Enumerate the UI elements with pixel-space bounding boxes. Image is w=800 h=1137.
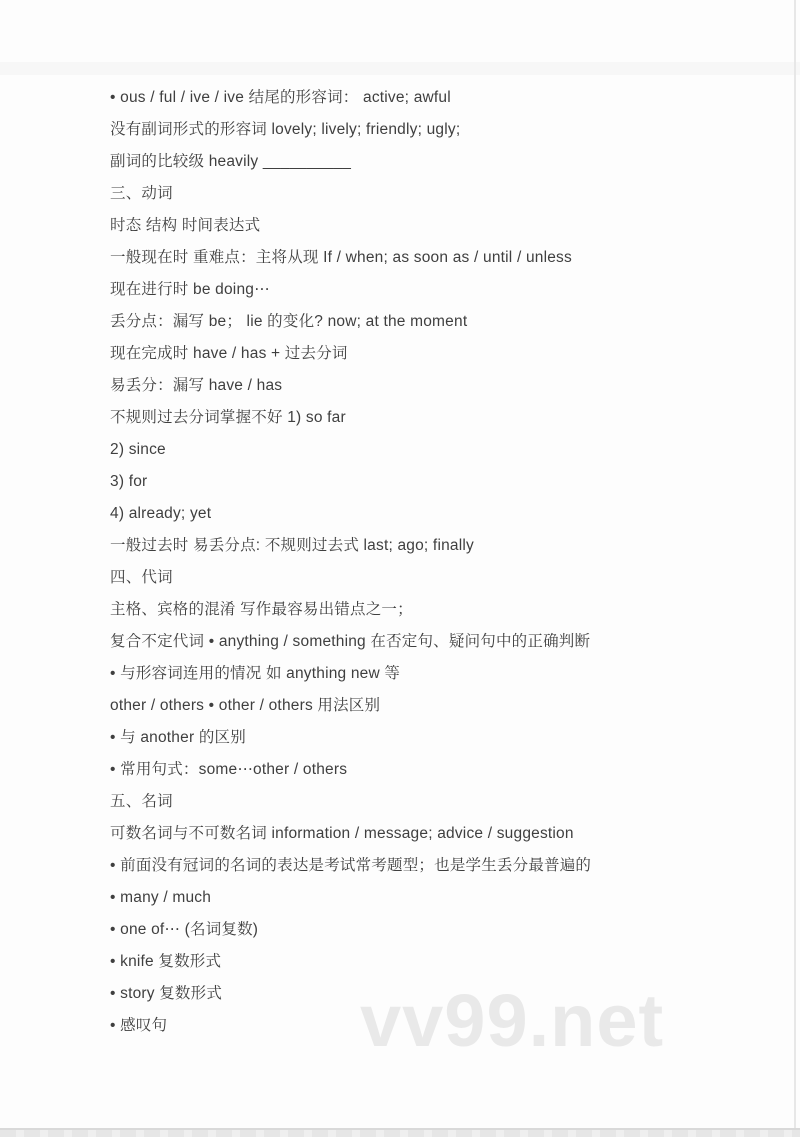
text-line: 2) since	[110, 434, 740, 466]
text-line: • 与 another 的区别	[110, 722, 740, 754]
text-line: 一般现在时 重难点：主将从现 If / when; as soon as / u…	[110, 242, 740, 274]
text-line: 丢分点：漏写 be； lie 的变化? now; at the moment	[110, 306, 740, 338]
page-bottom-divider	[0, 1128, 800, 1137]
text-line: 副词的比较级 heavily __________	[110, 146, 740, 178]
text-line: • one of⋯ (名词复数)	[110, 914, 740, 946]
text-line: 3) for	[110, 466, 740, 498]
text-line: 可数名词与不可数名词 information / message; advice…	[110, 818, 740, 850]
text-line: • story 复数形式	[110, 978, 740, 1010]
text-line: 不规则过去分词掌握不好 1) so far	[110, 402, 740, 434]
text-line: 4) already; yet	[110, 498, 740, 530]
text-line: 时态 结构 时间表达式	[110, 210, 740, 242]
section-heading: 三、动词	[110, 178, 740, 210]
text-line: • ous / ful / ive / ive 结尾的形容词： active; …	[110, 82, 740, 114]
text-line: 主格、宾格的混淆 写作最容易出错点之一；	[110, 594, 740, 626]
section-heading: 五、名词	[110, 786, 740, 818]
text-line: 没有副词形式的形容词 lovely; lively; friendly; ugl…	[110, 114, 740, 146]
text-line: • many / much	[110, 882, 740, 914]
page-top-shade	[0, 62, 800, 75]
text-line: 易丢分：漏写 have / has	[110, 370, 740, 402]
page-edge-line	[794, 0, 796, 1137]
document-body: • ous / ful / ive / ive 结尾的形容词： active; …	[110, 82, 740, 1042]
text-line: • 前面没有冠词的名词的表达是考试常考题型；也是学生丢分最普遍的	[110, 850, 740, 882]
text-line: 现在进行时 be doing⋯	[110, 274, 740, 306]
text-line: • 与形容词连用的情况 如 anything new 等	[110, 658, 740, 690]
text-line: • 常用句式：some⋯other / others	[110, 754, 740, 786]
text-line: • 感叹句	[110, 1010, 740, 1042]
document-page: vv99.net • ous / ful / ive / ive 结尾的形容词：…	[0, 0, 800, 1137]
text-line: 复合不定代词 • anything / something 在否定句、疑问句中的…	[110, 626, 740, 658]
text-line: other / others • other / others 用法区别	[110, 690, 740, 722]
text-line: 现在完成时 have / has + 过去分词	[110, 338, 740, 370]
section-heading: 四、代词	[110, 562, 740, 594]
text-line: • knife 复数形式	[110, 946, 740, 978]
text-line: 一般过去时 易丢分点: 不规则过去式 last; ago; finally	[110, 530, 740, 562]
